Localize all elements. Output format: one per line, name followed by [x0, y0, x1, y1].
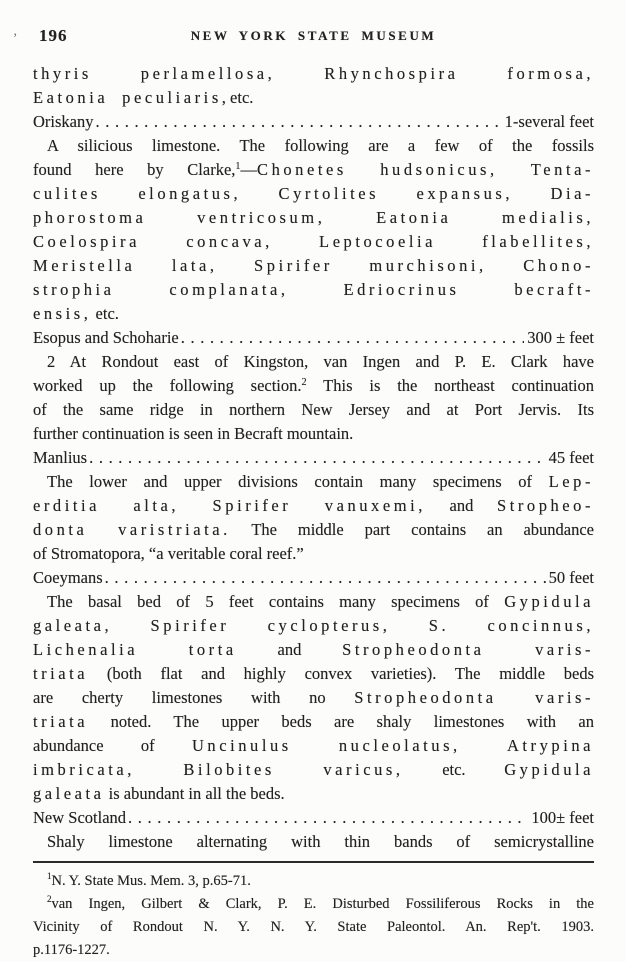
footnote-rule [33, 861, 594, 863]
page-number: 196 [39, 26, 68, 46]
text-segment: is abundant in all the beds. [105, 784, 285, 803]
text-segment: Shaly limestone alternating with thin ba… [47, 832, 594, 851]
leader-dots: ........................................… [181, 326, 524, 350]
text-line: of the same ridge in northern New Jersey… [33, 398, 594, 422]
thickness-value: 100± feet [531, 806, 594, 830]
species-name: imbricata, Bilobites varicus, [33, 760, 404, 779]
stratum-label: Manlius [33, 446, 87, 470]
text-segment: worked up the following section. [33, 376, 302, 395]
text-segment: abundance of [33, 736, 192, 755]
text-line: triata (both flat and highly convex vari… [33, 662, 594, 686]
text-segment: The lower and upper divisions contain ma… [47, 472, 549, 491]
text-segment: and [237, 640, 342, 659]
species-name: phorostoma ventricosum, Eatonia medialis… [33, 208, 594, 227]
stratum-label: New Scotland [33, 806, 126, 830]
species-name: triata [33, 712, 88, 731]
leader-dots: ........................................… [96, 110, 502, 134]
text-line: 2 At Rondout east of Kingston, van Ingen… [33, 350, 594, 374]
running-title: NEW YORK STATE MUSEUM [33, 26, 594, 44]
text-line: 1N. Y. State Mus. Mem. 3, p.65-71. [33, 870, 594, 893]
text-line: further continuation is seen in Becraft … [33, 422, 594, 446]
text-body: thyris perlamellosa, Rhynchospira formos… [33, 62, 594, 854]
text-line: are cherty limestones with no Stropheodo… [33, 686, 594, 710]
text-segment: The basal bed of 5 feet contains many sp… [47, 592, 504, 611]
leader-dots: ........................................… [105, 566, 546, 590]
text-line: worked up the following section.2 This i… [33, 374, 594, 398]
species-name: galeata [33, 784, 105, 803]
text-line: ensis, etc. [33, 302, 594, 326]
stratum-label: Oriskany [33, 110, 94, 134]
species-name: thyris perlamellosa, Rhynchospira formos… [33, 64, 594, 83]
species-name: Gypidula [504, 760, 594, 779]
species-name: triata [33, 664, 88, 683]
text-line: A silicious limestone. The following are… [33, 134, 594, 158]
species-name: culites elongatus, Cyrtolites expansus, … [33, 184, 594, 203]
species-name: erditia alta, Spirifer vanuxemi, [33, 496, 426, 515]
text-line: galeata is abundant in all the beds. [33, 782, 594, 806]
text-segment: , etc. [222, 88, 254, 107]
text-line: p.1176-1227. [33, 939, 594, 962]
text-segment: found here by Clarke, [33, 160, 235, 179]
species-name: galeata, Spirifer cyclopterus, S. concin… [33, 616, 594, 635]
text-segment: van Ingen, Gilbert & Clark, P. E. Distur… [52, 896, 595, 912]
book-page: ’ 196 NEW YORK STATE MUSEUM thyris perla… [0, 0, 626, 962]
text-segment: of the same ridge in northern New Jersey… [33, 400, 594, 419]
thickness-value: 300 ± feet [527, 326, 594, 350]
text-line: Coelospira concava, Leptocoelia flabelli… [33, 230, 594, 254]
thickness-value: 50 feet [549, 566, 594, 590]
thickness-value: 1-several feet [505, 110, 594, 134]
text-line: abundance of Uncinulus nucleolatus, Atry… [33, 734, 594, 758]
species-name: Stropheodonta varis- [342, 640, 594, 659]
text-segment: noted. The upper beds are shaly limeston… [88, 712, 594, 731]
text-line: Meristella lata, Spirifer murchisoni, Ch… [33, 254, 594, 278]
text-line: The lower and upper divisions contain ma… [33, 470, 594, 494]
text-line: galeata, Spirifer cyclopterus, S. concin… [33, 614, 594, 638]
text-line: erditia alta, Spirifer vanuxemi, and Str… [33, 494, 594, 518]
text-segment: etc. [404, 760, 505, 779]
text-segment: of Stromatopora, “a veritable coral reef… [33, 544, 304, 563]
text-segment: Vicinity of Rondout N. Y. N. Y. State Pa… [33, 919, 594, 935]
text-segment: etc. [91, 304, 118, 323]
text-segment: (both flat and highly convex varieties).… [88, 664, 594, 683]
species-name: Lichenalia torta [33, 640, 237, 659]
text-line: triata noted. The upper beds are shaly l… [33, 710, 594, 734]
text-line: phorostoma ventricosum, Eatonia medialis… [33, 206, 594, 230]
measure-line: Oriskany ...............................… [33, 110, 594, 134]
measure-line: Coeymans ...............................… [33, 566, 594, 590]
text-line: Eatonia peculiaris, etc. [33, 86, 594, 110]
text-line: found here by Clarke,1—Chonetes hudsonic… [33, 158, 594, 182]
text-line: culites elongatus, Cyrtolites expansus, … [33, 182, 594, 206]
footnotes: 1N. Y. State Mus. Mem. 3, p.65-71.2van I… [33, 870, 594, 962]
text-line: thyris perlamellosa, Rhynchospira formos… [33, 62, 594, 86]
text-line: Vicinity of Rondout N. Y. N. Y. State Pa… [33, 916, 594, 939]
measure-line: Manlius ................................… [33, 446, 594, 470]
species-name: strophia complanata, Edriocrinus becraft… [33, 280, 594, 299]
text-segment: The middle part contains an abundance [231, 520, 594, 539]
page-header: 196 NEW YORK STATE MUSEUM [33, 26, 594, 46]
species-name: donta varistriata. [33, 520, 231, 539]
text-line: Shaly limestone alternating with thin ba… [33, 830, 594, 854]
stratum-label: Esopus and Schoharie [33, 326, 179, 350]
text-segment: are cherty limestones with no [33, 688, 354, 707]
species-name: Stropheo- [497, 496, 594, 515]
text-segment: — [241, 160, 258, 179]
text-segment: further continuation is seen in Becraft … [33, 424, 353, 443]
text-segment: N. Y. State Mus. Mem. 3, p.65-71. [52, 873, 251, 889]
corner-mark: ’ [13, 30, 17, 46]
text-line: Lichenalia torta and Stropheodonta varis… [33, 638, 594, 662]
text-line: strophia complanata, Edriocrinus becraft… [33, 278, 594, 302]
species-name: Lep- [549, 472, 594, 491]
measure-line: New Scotland............................… [33, 806, 594, 830]
species-name: Eatonia peculiaris [33, 88, 222, 107]
text-segment: p.1176-1227. [33, 942, 110, 958]
text-line: of Stromatopora, “a veritable coral reef… [33, 542, 594, 566]
text-line: 2van Ingen, Gilbert & Clark, P. E. Distu… [33, 893, 594, 916]
text-segment: A silicious limestone. The following are… [47, 136, 594, 155]
measure-line: Esopus and Schoharie....................… [33, 326, 594, 350]
leader-dots: ........................................… [128, 806, 528, 830]
text-line: The basal bed of 5 feet contains many sp… [33, 590, 594, 614]
thickness-value: 45 feet [549, 446, 594, 470]
text-line: donta varistriata. The middle part conta… [33, 518, 594, 542]
text-segment: This is the northeast continuation [307, 376, 594, 395]
text-segment: 2 At Rondout east of Kingston, van Ingen… [47, 352, 594, 371]
stratum-label: Coeymans [33, 566, 103, 590]
text-line: imbricata, Bilobites varicus, etc. Gypid… [33, 758, 594, 782]
species-name: Stropheodonta varis- [354, 688, 594, 707]
species-name: Coelospira concava, Leptocoelia flabelli… [33, 232, 594, 251]
species-name: Gypidula [504, 592, 594, 611]
species-name: ensis, [33, 304, 91, 323]
species-name: Uncinulus nucleolatus, Atrypina [192, 736, 594, 755]
leader-dots: ........................................… [89, 446, 546, 470]
species-name: Chonetes hudsonicus, Tenta- [257, 160, 594, 179]
text-segment: and [426, 496, 497, 515]
species-name: Meristella lata, Spirifer murchisoni, Ch… [33, 256, 594, 275]
